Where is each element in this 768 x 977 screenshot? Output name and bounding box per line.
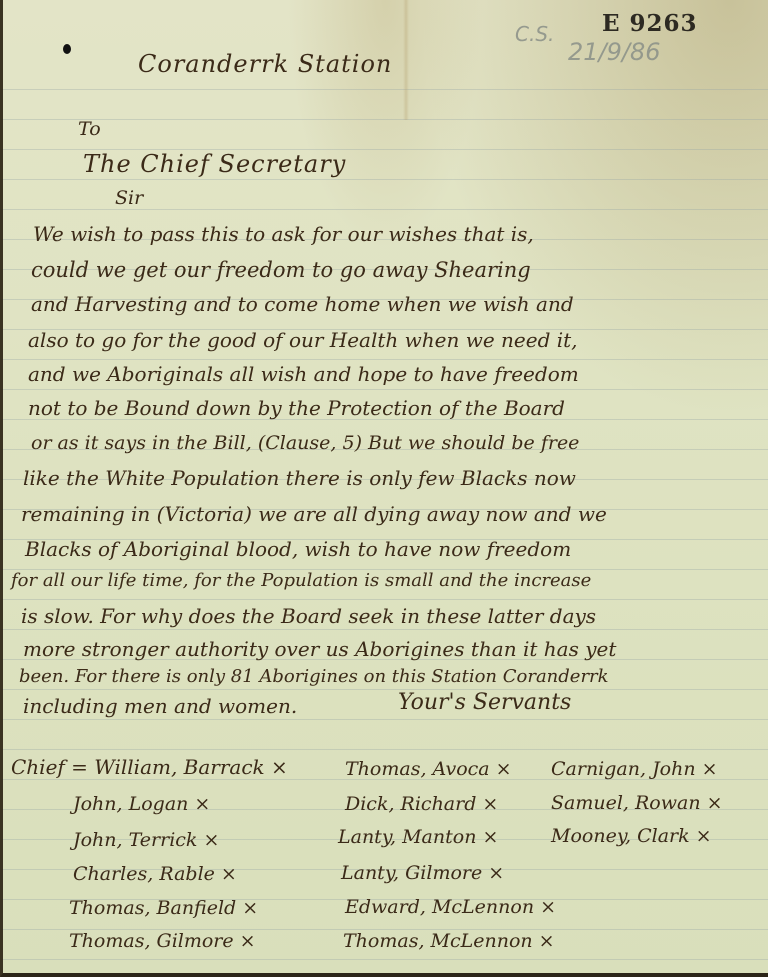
signature: Thomas, Banfield × bbox=[69, 897, 258, 919]
punch-hole bbox=[63, 44, 71, 54]
body-line: or as it says in the Bill, (Clause, 5) B… bbox=[31, 432, 579, 454]
body-line: and we Aboriginals all wish and hope to … bbox=[28, 362, 579, 386]
body-line: more stronger authority over us Aborigin… bbox=[23, 637, 616, 661]
letter-page: E 9263 C.S. 21/9/86 Coranderrk Station T… bbox=[0, 0, 768, 977]
body-line: We wish to pass this to ask for our wish… bbox=[33, 222, 534, 246]
archive-stamp: E 9263 bbox=[602, 10, 698, 37]
pencil-date: 21/9/86 bbox=[568, 38, 661, 66]
signature: Carnigan, John × bbox=[551, 758, 718, 780]
body-line: remaining in (Victoria) we are all dying… bbox=[21, 502, 607, 526]
body-line: could we get our freedom to go away Shea… bbox=[31, 258, 531, 282]
addressee: The Chief Secretary bbox=[83, 150, 346, 178]
signature: Dick, Richard × bbox=[345, 793, 498, 815]
signature: Thomas, Gilmore × bbox=[69, 930, 256, 952]
closing: Your's Servants bbox=[398, 690, 571, 715]
body-line: also to go for the good of our Health wh… bbox=[28, 328, 578, 352]
signature: Lanty, Manton × bbox=[338, 826, 498, 848]
body-line: like the White Population there is only … bbox=[23, 466, 576, 490]
signature: John, Terrick × bbox=[73, 829, 219, 851]
body-line: is slow. For why does the Board seek in … bbox=[21, 604, 596, 628]
to-label: To bbox=[78, 118, 101, 140]
body-line: for all our life time, for the Populatio… bbox=[11, 570, 591, 591]
signature: Thomas, McLennon × bbox=[343, 930, 555, 952]
signature: Lanty, Gilmore × bbox=[341, 862, 504, 884]
signature: Edward, McLennon × bbox=[345, 896, 556, 918]
salutation: Sir bbox=[115, 187, 143, 209]
body-line: and Harvesting and to come home when we … bbox=[31, 292, 574, 316]
signature: Mooney, Clark × bbox=[551, 825, 712, 847]
body-line: Blacks of Aboriginal blood, wish to have… bbox=[25, 537, 571, 561]
pencil-initials: C.S. bbox=[515, 22, 554, 46]
signature: John, Logan × bbox=[73, 793, 210, 815]
body-line: including men and women. bbox=[23, 694, 297, 718]
signature: Chief = William, Barrack × bbox=[11, 755, 288, 779]
paper-fold-stain bbox=[403, 0, 409, 120]
signature: Charles, Rable × bbox=[73, 863, 237, 885]
body-line: not to be Bound down by the Protection o… bbox=[28, 396, 565, 420]
body-line: been. For there is only 81 Aborigines on… bbox=[19, 666, 609, 687]
signature: Samuel, Rowan × bbox=[551, 792, 723, 814]
letter-heading: Coranderrk Station bbox=[138, 50, 392, 78]
signature: Thomas, Avoca × bbox=[345, 758, 512, 780]
